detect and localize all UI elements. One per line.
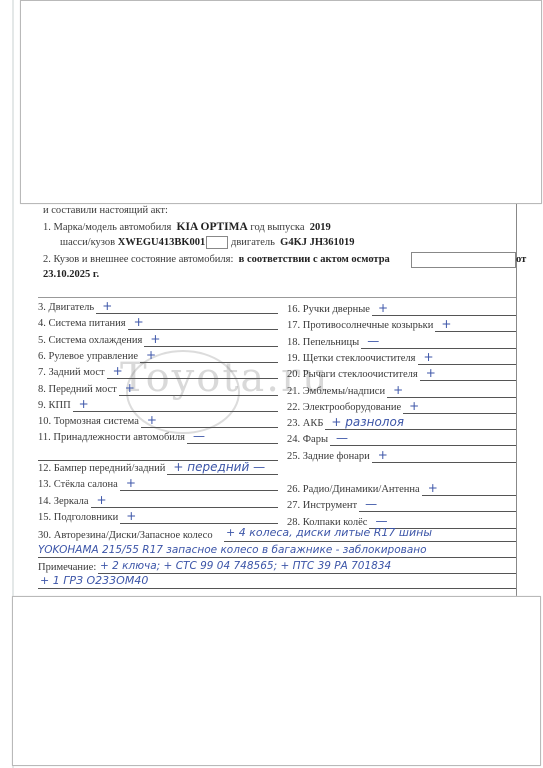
checklist-label: 7. Задний мост xyxy=(38,367,105,379)
checklist-mark: + xyxy=(378,302,388,314)
checklist-label: 3. Двигатель xyxy=(38,302,94,314)
checklist-mark: + xyxy=(393,384,403,396)
note-handwriting-1: + 2 ключа; + СТС 99 04 748565; + ПТС 39 … xyxy=(100,560,391,572)
checklist-mark: — xyxy=(365,498,377,510)
checklist-underline xyxy=(120,523,278,524)
checklist-label: 9. КПП xyxy=(38,400,71,412)
checklist-mark: — xyxy=(367,335,379,347)
checklist-underline xyxy=(73,411,278,412)
checklist-underline xyxy=(167,474,278,475)
tires-label: 30. Авторезина/Диски/Запасное колесо xyxy=(38,530,213,542)
checklist-underline xyxy=(144,346,278,347)
make-row: 1. Марка/модель автомобиля KIA OPTIMA го… xyxy=(43,221,331,234)
engine-value: G4KJ JH361019 xyxy=(280,237,354,248)
checklist-mark: + xyxy=(113,365,123,377)
checklist-underline xyxy=(435,331,516,332)
checklist-underline xyxy=(325,429,516,430)
checklist-label: 20. Рычаги стеклоочистителя xyxy=(287,369,418,381)
checklist-label: 23. АКБ xyxy=(287,418,323,430)
checklist-mark: + xyxy=(125,382,135,394)
body-label: 2. Кузов и внешнее состояние автомобиля: xyxy=(43,254,233,265)
checklist-underline xyxy=(372,315,516,316)
checklist-underline xyxy=(422,495,516,496)
checklist-mark: + xyxy=(97,494,107,506)
intro-text: и составили настоящий акт: xyxy=(43,205,168,217)
checklist-label: 15. Подголовники xyxy=(38,512,118,524)
checklist-label: 13. Стёкла салона xyxy=(38,479,118,491)
checklist-mark: + xyxy=(426,367,436,379)
checklist-underline xyxy=(141,427,278,428)
checklist-underline xyxy=(387,397,516,398)
make-value: KIA OPTIMA xyxy=(177,221,248,233)
chassis-label: шасси/кузов xyxy=(60,237,115,248)
checklist-mark: — xyxy=(375,515,387,527)
checklist-label: 14. Зеркала xyxy=(38,496,89,508)
checklist-label: 25. Задние фонари xyxy=(287,451,370,463)
checklist-label: 22. Электрооборудование xyxy=(287,402,401,414)
checklist-underline xyxy=(107,378,278,379)
checklist-label: 11. Принадлежности автомобиля xyxy=(38,432,185,444)
checklist-label: 17. Противосолнечные козырьки xyxy=(287,320,433,332)
from-label: от xyxy=(516,254,526,266)
inspection-date: 23.10.2025 г. xyxy=(43,269,99,281)
checklist-label: 21. Эмблемы/надписи xyxy=(287,386,385,398)
checklist-mark: + xyxy=(134,316,144,328)
checklist-underline xyxy=(418,364,516,365)
checklist-label: 26. Радио/Динамики/Антенна xyxy=(287,484,420,496)
checklist-mark: + xyxy=(150,333,160,345)
checklist-label: 10. Тормозная система xyxy=(38,416,139,428)
note-underline-1 xyxy=(98,573,516,574)
tires-handwriting-2: YOKOHAMA 215/55 R17 запасное колесо в ба… xyxy=(38,544,427,556)
checklist-label: 16. Ручки дверные xyxy=(287,304,370,316)
checklist-mark: + xyxy=(378,449,388,461)
checklist-underline xyxy=(96,313,278,314)
checklist-underline xyxy=(361,348,516,349)
checklist-label: 19. Щетки стеклоочистителя xyxy=(287,353,416,365)
engine-row: двигатель G4KJ JH361019 xyxy=(231,237,355,249)
checklist-mark: — xyxy=(193,430,205,442)
checklist-underline xyxy=(372,462,516,463)
checklist-label: 5. Система охлаждения xyxy=(38,335,142,347)
checklist-underline xyxy=(91,507,278,508)
body-value: в соответствии с актом осмотра xyxy=(239,254,390,265)
checklist-mark: + xyxy=(428,482,438,494)
redacted-area-bottom xyxy=(12,596,541,766)
checklist-mark: + xyxy=(79,398,89,410)
chassis-row: шасси/кузов XWEGU413BK001 xyxy=(60,237,205,249)
checklist-underline xyxy=(420,380,516,381)
checklist-underline xyxy=(120,490,278,491)
note-handwriting-2: + 1 ГРЗ О233ОМ40 xyxy=(40,575,148,587)
checklist-mark: + xyxy=(102,300,112,312)
checklist-label: 12. Бампер передний/задний xyxy=(38,463,165,475)
blank-line xyxy=(38,460,278,461)
checklist-underline xyxy=(403,413,516,414)
tires-underline-1 xyxy=(224,541,516,542)
year-value: 2019 xyxy=(310,222,331,233)
checklist-underline xyxy=(119,395,278,396)
checklist-underline xyxy=(140,362,278,363)
checklist-label: 4. Система питания xyxy=(38,318,126,330)
engine-label: двигатель xyxy=(231,237,275,248)
make-label: 1. Марка/модель автомобиля xyxy=(43,222,171,233)
checklist-label: 24. Фары xyxy=(287,434,328,446)
checklist-underline xyxy=(187,443,278,444)
checklist-underline xyxy=(128,329,278,330)
tires-handwriting-1: + 4 колеса, диски литые R17 шины xyxy=(226,527,432,539)
checklist-mark: + xyxy=(146,349,156,361)
checklist-mark: + xyxy=(147,414,157,426)
checklist-label: 18. Пепельницы xyxy=(287,337,359,349)
checklist-label: 6. Рулевое управление xyxy=(38,351,138,363)
note-underline-2 xyxy=(38,588,516,589)
note-label: Примечание: xyxy=(38,562,96,574)
checklist-mark: + xyxy=(424,351,434,363)
year-label: год выпуска xyxy=(250,222,304,233)
tires-underline-2 xyxy=(38,557,516,558)
checklist-label: 27. Инструмент xyxy=(287,500,357,512)
checklist-mark: + xyxy=(409,400,419,412)
checklist-mark: + передний — xyxy=(173,461,265,473)
checklist-mark: + xyxy=(126,510,136,522)
redacted-area-top xyxy=(20,0,542,204)
separator xyxy=(38,297,516,298)
chassis-value: XWEGU413BK001 xyxy=(118,237,206,248)
body-row: 2. Кузов и внешнее состояние автомобиля:… xyxy=(43,254,390,266)
checklist-mark: + xyxy=(441,318,451,330)
checklist-underline xyxy=(330,445,516,446)
checklist-mark: — xyxy=(336,432,348,444)
checklist-mark: + xyxy=(126,477,136,489)
checklist-label: 8. Передний мост xyxy=(38,384,117,396)
checklist-underline xyxy=(359,511,516,512)
redacted-act-number-box xyxy=(411,252,516,268)
checklist-mark: + разнолоя xyxy=(331,416,404,428)
redacted-chassis-box xyxy=(206,236,228,249)
